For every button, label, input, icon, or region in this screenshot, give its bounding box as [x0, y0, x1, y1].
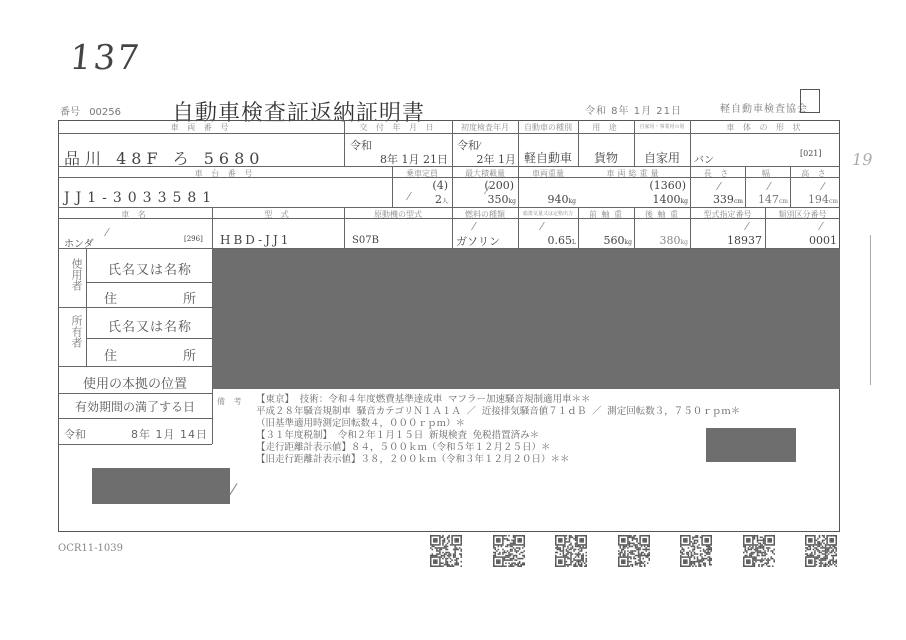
- capacity-paren: (4): [392, 179, 448, 192]
- model: HBD-JJ1: [220, 233, 291, 247]
- official-seal-icon: [800, 89, 820, 113]
- header-category-number: 類別区分番号: [765, 209, 840, 220]
- displacement: 0.65L: [518, 234, 576, 247]
- redacted-owner-info: [213, 249, 840, 389]
- make: ホンダ: [64, 235, 94, 250]
- capacity: 2人: [392, 193, 448, 206]
- header-width: 幅: [745, 168, 790, 179]
- private-commercial: 自家用: [634, 149, 690, 166]
- header-max-load: 最大積載量: [452, 168, 518, 179]
- header-front-axle: 前 軸 重: [578, 209, 634, 220]
- category-number: 0001: [765, 234, 837, 247]
- check-mark-icon: ⁄: [822, 180, 824, 193]
- fuel: ガソリン: [456, 233, 500, 249]
- gross-weight-paren: (1360): [578, 179, 686, 192]
- margin-line: [870, 235, 871, 385]
- usage: 貨物: [578, 149, 634, 166]
- qr-code-icon: [743, 535, 775, 567]
- header-usage: 用 途: [578, 122, 634, 133]
- qr-code-icon: [430, 535, 462, 567]
- check-mark-icon: ⁄: [478, 140, 480, 153]
- user-name-label: 氏名又は名称: [90, 259, 210, 278]
- type-designation: 18937: [690, 234, 762, 247]
- first-registration: 2年 1月: [452, 151, 516, 167]
- header-chassis-number: 車 台 番 号: [58, 168, 392, 179]
- header-issue-date: 令和 8年 1月 21日: [585, 102, 682, 117]
- remarks-label: 備 考: [217, 396, 245, 407]
- check-mark-icon: ⁄: [541, 220, 543, 233]
- header-issue-date: 交 付 年 月 日: [344, 122, 452, 133]
- check-mark-icon: ⁄: [232, 480, 235, 499]
- remarks-line-6: 【旧走行距離計表示値】３８，２００ｋｍ（令和３年１２月２０日）＊＊: [256, 454, 570, 466]
- number-label: 番号: [60, 107, 80, 118]
- form-code: OCR11-1039: [58, 543, 123, 554]
- header-rear-axle: 後 軸 重: [634, 209, 690, 220]
- engine-model: S07B: [352, 235, 379, 246]
- expiry-date: 8年 1月 14日: [100, 426, 208, 442]
- header-make: 車 名: [58, 209, 212, 220]
- redacted-block: [706, 428, 796, 462]
- remarks-line-4: 【３１年度税制】 令和２年１月１５日 新規検査 免税措置済み＊: [256, 430, 539, 442]
- qr-code-icon: [680, 535, 712, 567]
- check-mark-icon: ⁄: [820, 220, 822, 233]
- expiry-label: 有効期間の満了する日: [58, 398, 212, 415]
- remarks-line-2: 平成２８年騒音規制車 騒音カテゴリＮ１Ａ１Ａ ／ 近接排気騒音値７１ｄＢ ／ 測…: [256, 406, 740, 418]
- owner-group-label: 所有者: [64, 315, 82, 348]
- vehicle-weight: 940kg: [518, 193, 576, 206]
- gross-weight: 1400kg: [578, 193, 688, 206]
- owner-address-label: 住 所: [104, 345, 196, 364]
- header-length: 長 さ: [690, 168, 745, 179]
- qr-code-icon: [555, 535, 587, 567]
- header-gross-weight: 車両総重量: [578, 168, 690, 179]
- check-mark-icon: ⁄: [106, 226, 108, 239]
- check-mark-icon: ⁄: [408, 190, 410, 203]
- number-value: 00256: [89, 107, 121, 118]
- user-address-label: 住 所: [104, 288, 196, 307]
- qr-code-icon: [618, 535, 650, 567]
- header-capacity: 乗車定員: [392, 168, 452, 179]
- check-mark-icon: ⁄: [768, 180, 770, 193]
- header-type-designation: 型式指定番号: [690, 209, 765, 220]
- header-displacement: 総排気量又は定格出力: [518, 210, 578, 217]
- owner-name-label: 氏名又は名称: [90, 316, 210, 335]
- registration-number: 品川 48F ろ 5680: [64, 146, 264, 169]
- remarks-line-3: （旧基準適用時測定回転数４，０００ｒｐｍ）＊: [256, 418, 465, 430]
- height: 194cm: [790, 193, 838, 206]
- margin-note: 19: [850, 150, 874, 169]
- remarks-line-1: 【東京】 技術：令和４年度燃費基準達成車 マフラー加速騒音規制適用車＊＊: [256, 394, 590, 406]
- header-height: 高 さ: [790, 168, 840, 179]
- certificate-number: 番号 00256: [60, 103, 121, 118]
- body-shape: バン: [694, 151, 714, 166]
- width: 147cm: [745, 193, 788, 206]
- header-first-registration: 初度検査年月: [452, 122, 518, 133]
- check-mark-icon: ⁄: [486, 184, 488, 197]
- length: 339cm: [690, 193, 743, 206]
- header-registration-number: 車 両 番 号: [58, 122, 344, 133]
- max-load-paren: (200): [452, 179, 514, 192]
- make-code: [296]: [184, 235, 203, 243]
- expiry-era: 令和: [64, 426, 86, 442]
- max-load: 350kg: [452, 193, 516, 206]
- header-model: 型 式: [212, 209, 344, 220]
- location-label: 使用の本拠の位置: [58, 373, 212, 392]
- header-vehicle-type: 自動車の種別: [518, 122, 578, 133]
- header-fuel: 燃料の種類: [452, 209, 518, 220]
- header-private-commercial: 自家用・事業用の別: [634, 123, 690, 130]
- header-body-shape: 車 体 の 形 状: [690, 122, 840, 133]
- remarks-line-5: 【走行距離計表示値】８４，５００ｋｍ（令和５年１２月２５日）＊: [256, 442, 551, 454]
- chassis-number: JJ1-3033581: [64, 190, 217, 206]
- qr-code-icon: [805, 535, 837, 567]
- header-engine-model: 原動機の型式: [344, 209, 452, 220]
- user-group-label: 使用者: [64, 258, 82, 291]
- front-axle: 560kg: [578, 234, 632, 247]
- header-vehicle-weight: 車両重量: [518, 168, 578, 179]
- issuer-name: 軽自動車検査協会: [720, 100, 808, 115]
- issue-date: 8年 1月 21日: [344, 151, 448, 167]
- check-mark-icon: ⁄: [473, 220, 475, 233]
- redacted-block: [92, 468, 230, 504]
- check-mark-icon: ⁄: [746, 220, 748, 233]
- vehicle-type: 軽自動車: [518, 149, 578, 166]
- handwritten-number: 137: [68, 38, 143, 78]
- qr-code-icon: [493, 535, 525, 567]
- body-shape-code: [021]: [800, 149, 822, 158]
- rear-axle: 380kg: [634, 234, 688, 247]
- check-mark-icon: ⁄: [718, 180, 720, 193]
